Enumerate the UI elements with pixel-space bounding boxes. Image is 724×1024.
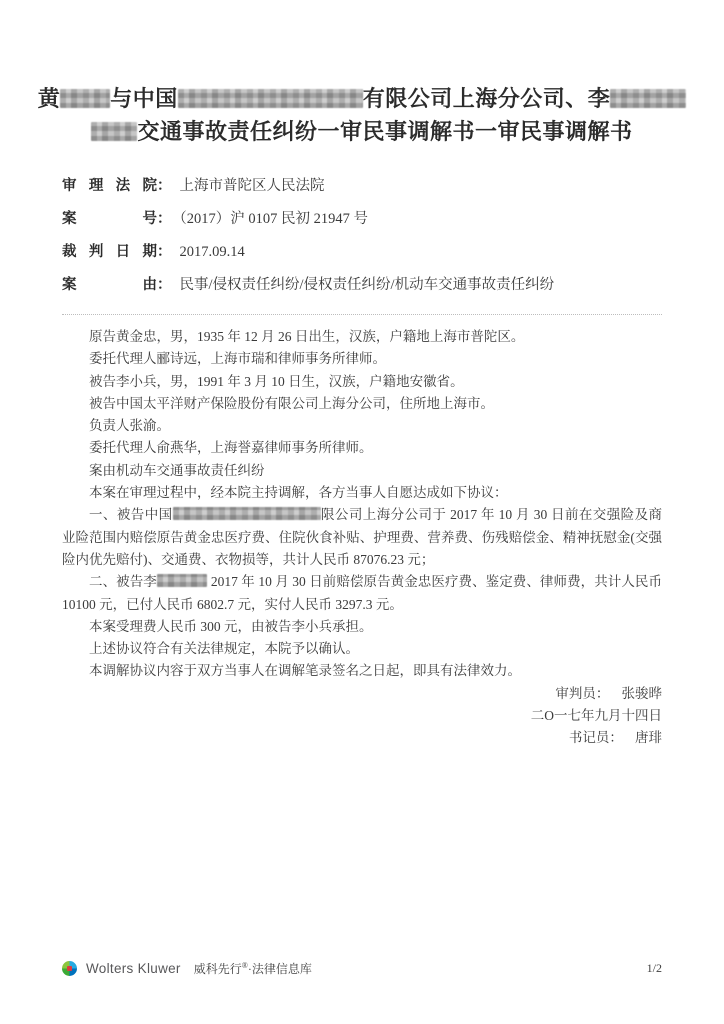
paragraph-agreement-item-1: 一、被告中国限公司上海分公司于 2017 年 10 月 30 日前在交强险及商业…: [62, 504, 662, 571]
document-page: 黄与中国有限公司上海分公司、李交通事故责任纠纷一审民事调解书一审民事调解书 审理…: [0, 0, 724, 1024]
product-name-text: 威科先行: [194, 962, 242, 976]
redacted-company-name: [178, 89, 363, 108]
product-suffix-text: ·法律信息库: [248, 962, 312, 976]
meta-label: 审理法院: [62, 170, 157, 203]
paragraph-plaintiff-agent: 委托代理人郦诗远，上海市瑞和律师事务所律师。: [62, 348, 662, 370]
paragraph-court-fee: 本案受理费人民币 300 元，由被告李小兵承担。: [62, 616, 662, 638]
signature-block: 审判员：张骏晔 二O一七年九月十四日 书记员：唐琲: [62, 683, 662, 750]
paragraph-defendant-2: 被告中国太平洋财产保险股份有限公司上海分公司，住所地上海市。: [62, 393, 662, 415]
title-text: 有限公司上海分公司、李: [363, 86, 611, 111]
meta-colon: ：: [157, 211, 172, 227]
meta-row-cause-of-action: 案由：民事/侵权责任纠纷/侵权责任纠纷/机动车交通事故责任纠纷: [62, 269, 662, 302]
meta-colon: ：: [157, 244, 172, 260]
paragraph-defendant-agent: 委托代理人俞燕华，上海誉嘉律师事务所律师。: [62, 437, 662, 459]
clerk-signature: 书记员：唐琲: [62, 727, 662, 749]
redacted-plaintiff-name: [60, 89, 110, 108]
meta-value: 民事/侵权责任纠纷/侵权责任纠纷/机动车交通事故责任纠纷: [180, 277, 555, 293]
document-title: 黄与中国有限公司上海分公司、李交通事故责任纠纷一审民事调解书一审民事调解书: [28, 82, 696, 148]
judge-signature: 审判员：张骏晔: [62, 683, 662, 705]
judge-label: 审判员：: [555, 686, 609, 701]
item-text: 一、被告中国: [89, 507, 173, 522]
case-metadata: 审理法院：上海市普陀区人民法院 案号：（2017）沪 0107 民初 21947…: [62, 170, 662, 302]
meta-label: 案号: [62, 203, 157, 236]
signature-date: 二O一七年九月十四日: [62, 705, 662, 727]
section-divider: [62, 314, 662, 315]
paragraph-cause: 案由机动车交通事故责任纠纷: [62, 460, 662, 482]
paragraph-legal-effect: 本调解协议内容于双方当事人在调解笔录签名之日起，即具有法律效力。: [62, 660, 662, 682]
footer-branding: Wolters Kluwer 威科先行®·法律信息库: [62, 960, 312, 977]
judge-name: 张骏晔: [622, 686, 663, 701]
page-indicator: 1/2: [647, 961, 662, 976]
clerk-name: 唐琲: [635, 730, 662, 745]
brand-name: Wolters Kluwer: [86, 961, 181, 976]
meta-row-judgment-date: 裁判日期：2017.09.14: [62, 236, 662, 269]
item-text: 二、被告李: [89, 574, 157, 589]
redacted-defendant-name: [157, 574, 207, 587]
document-body: 原告黄金忠，男，1935 年 12 月 26 日出生，汉族，户籍地上海市普陀区。…: [62, 326, 662, 683]
meta-row-case-number: 案号：（2017）沪 0107 民初 21947 号: [62, 203, 662, 236]
clerk-label: 书记员：: [569, 730, 623, 745]
meta-row-court: 审理法院：上海市普陀区人民法院: [62, 170, 662, 203]
paragraph-mediation-intro: 本案在审理过程中，经本院主持调解，各方当事人自愿达成如下协议：: [62, 482, 662, 504]
meta-colon: ：: [157, 178, 172, 194]
meta-label: 裁判日期: [62, 236, 157, 269]
meta-value: 2017.09.14: [180, 244, 245, 260]
redacted-text: [91, 122, 137, 141]
meta-value: （2017）沪 0107 民初 21947 号: [180, 211, 369, 227]
redacted-company-name: [173, 507, 321, 520]
page-footer: Wolters Kluwer 威科先行®·法律信息库 1/2: [62, 960, 662, 977]
paragraph-plaintiff: 原告黄金忠，男，1935 年 12 月 26 日出生，汉族，户籍地上海市普陀区。: [62, 326, 662, 348]
paragraph-confirmation: 上述协议符合有关法律规定，本院予以确认。: [62, 638, 662, 660]
title-text: 交通事故责任纠纷一审民事调解书一审民事调解书: [137, 119, 632, 144]
meta-label: 案由: [62, 269, 157, 302]
meta-colon: ：: [157, 277, 172, 293]
product-name: 威科先行®·法律信息库: [194, 960, 312, 977]
redacted-defendant-name: [610, 89, 686, 108]
title-text: 黄: [38, 86, 61, 111]
title-text: 与中国: [110, 86, 178, 111]
wolters-kluwer-logo-icon: [62, 961, 77, 976]
paragraph-person-in-charge: 负责人张渝。: [62, 415, 662, 437]
meta-value: 上海市普陀区人民法院: [180, 178, 325, 194]
paragraph-defendant-1: 被告李小兵，男，1991 年 3 月 10 日生，汉族，户籍地安徽省。: [62, 371, 662, 393]
paragraph-agreement-item-2: 二、被告李2017 年 10 月 30 日前赔偿原告黄金忠医疗费、鉴定费、律师费…: [62, 571, 662, 616]
